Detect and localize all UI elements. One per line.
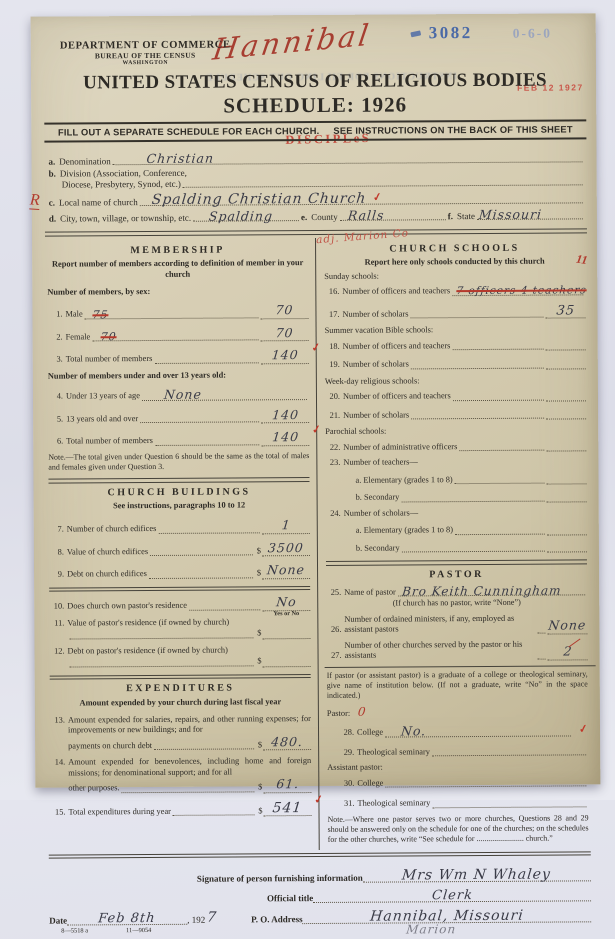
yes-no-hint: Yes or No (262, 610, 310, 618)
question-label: Number of scholars (343, 410, 409, 421)
field-label: Local name of church (59, 197, 138, 207)
question-row-9: 9. Debt on church edifices $ None (49, 564, 310, 580)
question-number: 17. (324, 310, 339, 321)
question-number: 9. (49, 570, 64, 581)
section-divider (50, 674, 311, 680)
answer-cell: 61. (263, 778, 311, 793)
question-text-last: payments on church debt (68, 741, 152, 752)
dotted-leader (70, 665, 254, 667)
question-row-30: 30. College (339, 777, 588, 789)
handwritten-answer: 480. (271, 736, 304, 749)
question-text: Amount expended for salaries, repairs, a… (68, 714, 311, 736)
question-row-14: 14. Amount expended for benevolences, in… (50, 756, 311, 779)
question-row-16: 16. Number of officers and teachers 7 of… (324, 286, 585, 298)
agency-name: DEPARTMENT OF COMMERCE (60, 40, 231, 52)
field-label: Denomination (59, 156, 111, 166)
sub-label: a. Elementary (grades 1 to 8) (355, 475, 452, 486)
question-number: 22. (325, 443, 340, 454)
dotted-leader (459, 450, 544, 452)
section-divider (48, 477, 309, 483)
question-number: 24. (326, 509, 341, 520)
dotted-leader (154, 362, 258, 364)
question-row-4: 4. Under 13 years of age None (48, 388, 309, 402)
handwritten-answer: None (548, 620, 587, 633)
question-label: Male (65, 310, 82, 321)
handwritten-answer: 140 (271, 409, 299, 422)
dotted-leader: Spalding Christian Church ✓ (140, 189, 583, 206)
question-row-27: 27. Number of other churches served by t… (326, 639, 587, 662)
field-label: County (311, 212, 338, 222)
form-header: DEPARTMENT OF COMMERCE BUREAU OF THE CEN… (44, 25, 587, 122)
group-label: Week-day religious schools: (325, 375, 586, 387)
answer-cell: NoYes or No (262, 596, 310, 611)
sub-label: a. Elementary (grades 1 to 8) (356, 526, 453, 537)
group-label: Sunday schools: (324, 270, 585, 282)
question-label: Name of pastor (344, 587, 396, 598)
handwritten-answer: 2 (562, 646, 572, 659)
question-row-5: 5. 13 years old and over 140 (48, 409, 309, 425)
question-label: Number of church edifices (67, 524, 157, 535)
handwritten-county: Ralls (347, 209, 385, 222)
question-row-29: 29. Theological seminary (339, 746, 588, 758)
answer-cell: 140✓ (261, 349, 309, 364)
membership-note: Note.—The total given under Question 6 s… (48, 451, 309, 473)
answer-cell: 35 (545, 304, 585, 319)
question-row-3: 3. Total number of members 140✓ (48, 349, 309, 365)
dotted-leader (452, 349, 543, 351)
dotted-leader: Bro Keith Cunningham (398, 585, 585, 597)
question-number: 18. (325, 342, 340, 353)
dotted-leader (149, 577, 253, 579)
dotted-leader (538, 658, 546, 659)
handwritten-pastor-name: Bro Keith Cunningham (401, 585, 562, 598)
question-row-1: 1. Male 75 70 (47, 304, 308, 320)
question-label: College (357, 728, 383, 739)
question-row-20: 20. Number of officers and teachers (325, 391, 586, 403)
dotted-leader (411, 368, 544, 370)
buildings-title: CHURCH BUILDINGS (49, 486, 310, 500)
assistant-pastor-label: Assistant pastor: (327, 762, 588, 774)
dotted-leader (432, 755, 586, 757)
question-label: Debt on church edifices (67, 569, 147, 580)
dotted-leader (189, 609, 260, 610)
question-number: 19. (325, 360, 340, 371)
question-label: Total number of members (66, 436, 153, 447)
schools-subtitle: Report here only schools conducted by th… (324, 256, 585, 269)
dotted-leader: Christian (113, 150, 583, 164)
banner-sentence-2: SEE INSTRUCTIONS ON THE BACK OF THIS SHE… (333, 124, 572, 135)
handwritten-answer: No (275, 596, 297, 609)
dotted-leader (69, 637, 253, 639)
sub-label: b. Secondary (356, 543, 400, 554)
group-label: Number of members under and over 13 year… (48, 370, 309, 382)
handwritten-crossed-value: 7 officers 4 teachers (456, 286, 587, 297)
handwritten-answer: 140 (271, 349, 299, 362)
question-label: Number of other churches served by the p… (344, 639, 535, 661)
answer-cell (546, 451, 586, 452)
group-label: Number of members, by sex: (47, 286, 308, 298)
question-label: 13 years old and over (66, 414, 138, 425)
question-row-11: 11. Value of pastor's residence (if owne… (49, 617, 310, 629)
sub-row-24a: a. Elementary (grades 1 to 8) (356, 525, 587, 537)
question-label: Number of officers and teachers (343, 341, 451, 352)
dotted-leader (401, 501, 544, 503)
question-number: 23. (325, 458, 340, 469)
field-label: City, town, village, or township, etc. (60, 213, 191, 224)
question-number: 30. (339, 778, 354, 789)
dollar-sign: $ (258, 783, 262, 794)
field-division: b. Division (Association, Conference, Di… (49, 165, 585, 189)
dotted-leader (122, 791, 255, 793)
handwritten-answer: 35 (556, 304, 576, 317)
field-location: d. City, town, village, or township, etc… (49, 208, 585, 224)
question-label: Number of officers and teachers (343, 392, 451, 403)
dotted-leader (455, 534, 545, 536)
dotted-leader (183, 184, 583, 187)
question-number: 1. (47, 310, 62, 321)
answer-cell (547, 552, 587, 553)
handwritten-answer: 3500 (267, 542, 304, 555)
expenditures-title: EXPENDITURES (50, 682, 311, 696)
answer-tail-13: payments on church debt $ 480. (68, 736, 311, 752)
field-letter: f. (448, 211, 453, 221)
question-label: Debt on pastor's residence (if owned by … (67, 645, 310, 657)
answer-cell: 140✓ (261, 431, 309, 446)
question-number: 11. (49, 618, 64, 629)
dollar-sign: $ (257, 657, 261, 668)
red-zero-annotation: 0 (358, 706, 368, 718)
dotted-leader (155, 444, 259, 446)
expenditures-subtitle: Amount expended by your church during la… (50, 697, 311, 710)
handwritten-answer: 1 (281, 519, 291, 532)
census-schedule-document: INSTRUCTIONS FOR FILLING OUT SCHEDULE Ha… (31, 13, 601, 787)
field-letter: c. (49, 198, 55, 208)
answer-cell: 1 (262, 519, 310, 534)
question-row-10: 10. Does church own pastor's residence N… (49, 596, 310, 612)
question-row-21: 21. Number of scholars (325, 409, 586, 421)
membership-subtitle: Report number of members according to de… (47, 258, 308, 281)
question-row-26: 26. Number of ordained ministers, if any… (326, 613, 587, 636)
answer-cell: 3500 (262, 542, 310, 557)
answer-cell: 70 (261, 327, 309, 342)
form-columns: MEMBERSHIP Report number of members acco… (45, 236, 591, 800)
pastor-label: Pastor: 0 (327, 705, 588, 720)
answer-cell (547, 534, 587, 535)
form-subtitle: SCHEDULE: 1926 (44, 91, 586, 119)
dollar-sign: $ (257, 569, 261, 580)
question-row-7: 7. Number of church edifices 1 (49, 519, 310, 535)
question-row-6: 6. Total number of members 140✓ (48, 431, 309, 447)
dollar-sign: $ (257, 629, 261, 640)
question-number: 2. (48, 332, 63, 343)
handwritten-value: None (163, 389, 202, 402)
answer-cell (546, 400, 586, 401)
field-letter: b. (49, 168, 56, 178)
answer-cell (547, 501, 587, 502)
question-text: Debt on pastor's residence (if owned by … (67, 645, 227, 655)
field-letter: e. (301, 212, 307, 222)
dotted-leader (537, 632, 545, 633)
question-number: 4. (48, 392, 63, 403)
field-letter: d. (49, 214, 56, 224)
red-margin-mark: R (29, 192, 40, 210)
dotted-leader (402, 551, 545, 553)
field-denomination: a. Denomination Christian (48, 150, 584, 166)
dotted-leader: Ralls (340, 209, 446, 221)
question-label: Value of pastor's residence (if owned by… (67, 617, 310, 629)
answer-cell (262, 638, 310, 639)
handwritten-answer: None (266, 564, 305, 577)
handwritten-city: Spalding (208, 210, 273, 223)
form-body: DEPARTMENT OF COMMERCE BUREAU OF THE CEN… (44, 25, 591, 781)
handwritten-crossed-value: 75 (92, 309, 109, 320)
handwritten-answer: 140 (271, 431, 299, 444)
answer-cell (263, 666, 311, 667)
dotted-leader: None (142, 388, 307, 401)
group-label: Summer vacation Bible schools: (325, 325, 586, 337)
question-number: 10. (49, 602, 64, 613)
question-label: Does church own pastor's residence (67, 601, 187, 612)
field-label-continued: Diocese, Presbytery, Synod, etc.) (62, 178, 181, 189)
question-number: 12. (49, 646, 64, 657)
question-label: Total number of members (66, 354, 153, 365)
dotted-leader (411, 418, 544, 420)
question-row-18: 18. Number of officers and teachers (325, 340, 586, 352)
question-label: Number of scholars— (344, 508, 419, 519)
question-number: 29. (339, 747, 354, 758)
question-label: Value of church edifices (67, 547, 148, 558)
field-local-name: c. Local name of church Spalding Christi… (49, 189, 585, 207)
question-number: 27. (327, 651, 342, 662)
question-row-28: 28. College No. ✓ (339, 723, 588, 738)
red-checkmark: ✓ (371, 190, 382, 204)
question-number: 14. (50, 758, 65, 779)
answer-cell (547, 484, 587, 485)
pastor-hint: (If church has no pastor, write “None”) (326, 598, 587, 610)
answer-cell: 70 (260, 304, 308, 319)
question-number: 3. (48, 355, 63, 366)
question-label: Number of teachers— (343, 458, 417, 469)
handwritten-church-name: Spalding Christian Church (151, 192, 367, 207)
dotted-leader (150, 555, 253, 557)
dotted-leader (140, 422, 259, 424)
answer-cell (546, 419, 586, 420)
field-label: State (457, 211, 475, 221)
dotted-leader (385, 786, 586, 788)
question-row-25: 25. Name of pastor Bro Keith Cunningham (326, 585, 587, 599)
question-label: College (357, 778, 383, 789)
question-row-2: 2. Female 70 70 (48, 327, 309, 343)
pastor-label-text: Pastor: (327, 709, 350, 718)
question-label: Under 13 years of age (66, 391, 140, 402)
dotted-leader (411, 317, 544, 319)
sub-row-23b: b. Secondary (356, 492, 587, 504)
answer-cell: 140 (261, 409, 309, 424)
dotted-leader (455, 483, 545, 485)
dotted-leader (154, 749, 254, 751)
handwritten-answer: 70 (275, 327, 294, 340)
question-label: Number of scholars (342, 309, 408, 320)
buildings-subtitle: See instructions, paragraphs 10 to 12 (49, 500, 310, 513)
question-row-12: 12. Debt on pastor's residence (if owned… (49, 645, 310, 657)
group-label: Parochial schools: (325, 426, 586, 438)
dotted-leader: Missouri (477, 208, 583, 220)
membership-title: MEMBERSHIP (47, 244, 308, 258)
question-number: 28. (339, 728, 354, 739)
question-row-22: 22. Number of administrative officers (325, 441, 586, 453)
dotted-leader: No. (385, 725, 571, 738)
question-label: Number of ordained ministers, if any, em… (344, 613, 535, 635)
answer-cell (546, 368, 586, 369)
banner-sentence-1: FILL OUT A SEPARATE SCHEDULE FOR EACH CH… (58, 125, 319, 137)
sub-label: b. Secondary (356, 493, 400, 504)
dotted-leader: 70 (92, 331, 258, 342)
dotted-leader: 7 officers 4 teachers (452, 286, 583, 296)
section-divider (326, 560, 587, 566)
question-label: Number of scholars (343, 360, 409, 371)
question-row-13: 13. Amount expended for salaries, repair… (50, 714, 311, 737)
question-label: Number of officers and teachers (342, 287, 450, 298)
question-label: Number of administrative officers (343, 442, 457, 453)
field-label: Division (Association, Conference, (60, 167, 187, 178)
answer-cell: None (547, 620, 587, 635)
dotted-leader (158, 532, 259, 534)
question-row-17: 17. Number of scholars 35 (324, 304, 585, 320)
handwritten-answer: 61. (275, 778, 299, 791)
question-number: 25. (326, 588, 341, 599)
dollar-sign: $ (258, 740, 262, 751)
handwritten-denomination: Christian (146, 153, 215, 166)
dotted-leader (453, 400, 544, 402)
question-number: 16. (324, 287, 339, 298)
dotted-leader: 75 (85, 308, 259, 319)
field-letter: a. (49, 156, 56, 166)
right-column: adj. Marion Co 11 CHURCH SCHOOLS Report … (316, 236, 591, 800)
answer-cell (546, 350, 586, 351)
answer-tail-11: $ (67, 628, 310, 640)
handwritten-state: Missouri (478, 208, 542, 221)
field-division-line2: Diocese, Presbytery, Synod, etc.) (49, 176, 585, 189)
sub-row-23a: a. Elementary (grades 1 to 8) (355, 474, 586, 486)
question-label: Female (66, 332, 91, 343)
left-column: MEMBERSHIP Report number of members acco… (45, 237, 320, 800)
question-row-24: 24. Number of scholars— (326, 507, 587, 519)
handwritten-answer: 70 (275, 304, 294, 317)
question-number: 7. (49, 525, 64, 536)
answer-cell: None (262, 564, 310, 579)
graduate-instructions: If pastor (or assistant pastor) is a gra… (327, 669, 588, 701)
question-row-19: 19. Number of scholars (325, 359, 586, 371)
question-number: 13. (50, 715, 65, 736)
agency-city: WASHINGTON (60, 60, 231, 67)
section-divider (49, 586, 310, 592)
schools-title: CHURCH SCHOOLS (324, 242, 585, 256)
dotted-leader: Spalding (193, 210, 299, 222)
question-label: Theological seminary (357, 747, 430, 758)
question-row-8: 8. Value of church edifices $ 3500 (49, 542, 310, 558)
question-number: 21. (325, 411, 340, 422)
handwritten-answer: No. (400, 726, 426, 739)
answer-tail-14: other purposes. $ 61. (68, 778, 311, 794)
pastor-title: PASTOR (326, 568, 587, 582)
question-text: Amount expended for benevolences, includ… (68, 756, 311, 778)
question-row-23: 23. Number of teachers— (325, 457, 586, 469)
question-text: Value of pastor's residence (if owned by… (67, 617, 229, 627)
answer-cell: 480. (263, 736, 311, 751)
sub-row-24b: b. Secondary (356, 542, 587, 554)
identification-fields: a. Denomination Christian b. Division (A… (44, 139, 587, 229)
question-number: 20. (325, 392, 340, 403)
question-text-last: other purposes. (68, 783, 119, 794)
thin-divider (325, 665, 596, 668)
answer-tail-12: $ (68, 656, 311, 668)
red-count-annotation: 11 (575, 251, 589, 268)
question-number: 8. (49, 547, 64, 558)
answer-cell: 2 (548, 646, 588, 661)
handwritten-crossed-value: 70 (100, 332, 117, 343)
question-number: 5. (48, 414, 63, 425)
agency-block: DEPARTMENT OF COMMERCE BUREAU OF THE CEN… (60, 40, 231, 67)
dollar-sign: $ (257, 546, 261, 557)
question-number: 6. (48, 437, 63, 448)
question-number: 26. (326, 625, 341, 636)
red-checkmark: ✓ (578, 723, 590, 738)
